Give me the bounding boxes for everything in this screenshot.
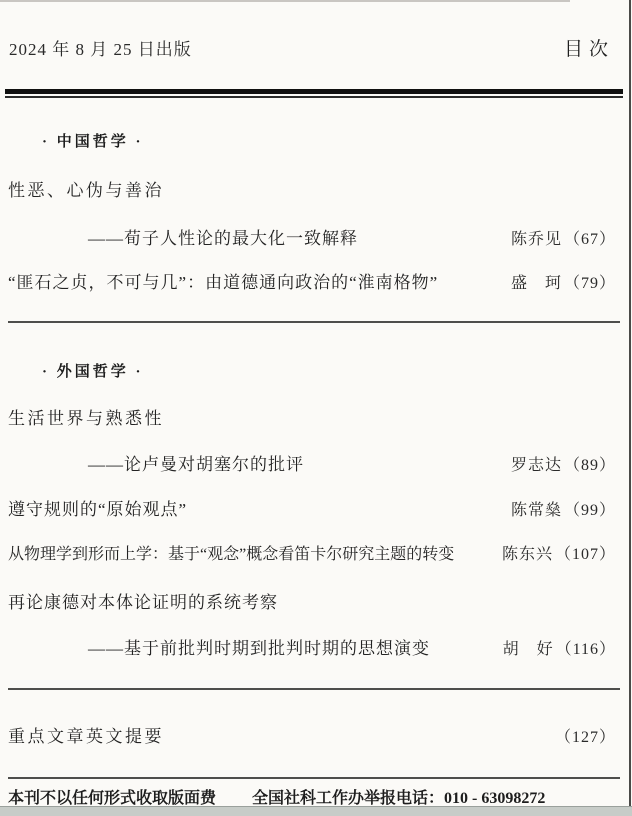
article-title: 从物理学到形而上学：基于“观念”概念看笛卡尔研究主题的转变: [8, 541, 454, 564]
footer-no-fee-notice: 本刊不以任何形式收取版面费: [8, 785, 216, 808]
header: 2024 年 8 月 25 日出版 目次: [9, 34, 614, 61]
article-pageno: （89）: [564, 457, 616, 474]
article-row: 生活世界与熟悉性: [8, 404, 616, 429]
abstracts-title: 重点文章英文提要: [8, 722, 164, 747]
abstracts-row: 重点文章英文提要 （127）: [8, 722, 616, 747]
article-author: 陈东兴: [502, 546, 553, 563]
abstracts-pageno: （127）: [555, 724, 616, 747]
abstracts-divider-rule: [8, 688, 620, 690]
article-row: 遵守规则的“原始观点” 陈常燊（99）: [8, 495, 616, 520]
article-subtitle: ——基于前批判时期到批判时期的思想演变: [8, 634, 430, 659]
page-right-edge: [629, 0, 631, 816]
article-author-page: 陈乔见（67）: [511, 226, 616, 249]
article-author-page: 陈东兴（107）: [502, 541, 616, 564]
toc-title: 目次: [564, 34, 614, 61]
article-row: ——荀子人性论的最大化一致解释 陈乔见（67）: [8, 224, 616, 249]
article-row: 再论康德对本体论证明的系统考察: [8, 588, 616, 613]
page-bottom-edge: [0, 806, 632, 816]
article-pageno: （116）: [556, 641, 616, 658]
article-row: 性恶、心伪与善治: [8, 176, 616, 201]
article-title: 生活世界与熟悉性: [8, 404, 164, 429]
section-divider-rule: [8, 321, 620, 323]
article-author-page: 胡 好（116）: [503, 636, 616, 659]
article-title: 再论康德对本体论证明的系统考察: [8, 588, 278, 613]
article-pageno: （99）: [564, 502, 616, 519]
article-row: 从物理学到形而上学：基于“观念”概念看笛卡尔研究主题的转变 陈东兴（107）: [8, 541, 616, 564]
article-pageno: （107）: [555, 546, 616, 563]
article-author: 罗志达: [511, 457, 562, 474]
footer-divider-rule: [8, 777, 620, 779]
article-title: 性恶、心伪与善治: [8, 176, 164, 201]
publication-date: 2024 年 8 月 25 日出版: [9, 35, 192, 60]
section-label-chinese-philosophy: · 中国哲学 ·: [42, 130, 144, 151]
article-subtitle: ——荀子人性论的最大化一致解释: [8, 224, 358, 249]
article-pageno: （79）: [564, 275, 616, 292]
article-author-page: 盛 珂（79）: [511, 270, 616, 293]
article-author-page: 陈常燊（99）: [511, 497, 616, 520]
article-author: 陈乔见: [511, 231, 562, 248]
article-author: 陈常燊: [511, 502, 562, 519]
article-subtitle: ——论卢曼对胡塞尔的批评: [8, 450, 304, 475]
footer-report-hotline: 全国社科工作办举报电话：010 - 63098272: [252, 785, 545, 808]
article-author: 盛 珂: [511, 275, 562, 292]
article-title: “匪石之贞，不可与几”：由道德通向政治的“淮南格物”: [8, 268, 438, 293]
article-row: “匪石之贞，不可与几”：由道德通向政治的“淮南格物” 盛 珂（79）: [8, 268, 616, 293]
article-pageno: （67）: [564, 231, 616, 248]
page-top-edge: [0, 0, 570, 2]
section-label-foreign-philosophy: · 外国哲学 ·: [42, 360, 144, 381]
article-title: 遵守规则的“原始观点”: [8, 495, 187, 520]
article-row: ——论卢曼对胡塞尔的批评 罗志达（89）: [8, 450, 616, 475]
footer: 本刊不以任何形式收取版面费 全国社科工作办举报电话：010 - 63098272: [8, 785, 616, 808]
article-row: ——基于前批判时期到批判时期的思想演变 胡 好（116）: [8, 634, 616, 659]
article-author-page: 罗志达（89）: [511, 452, 616, 475]
article-author: 胡 好: [503, 641, 554, 658]
journal-toc-page: 2024 年 8 月 25 日出版 目次 · 中国哲学 · 性恶、心伪与善治 —…: [0, 0, 632, 816]
header-double-rule: [5, 89, 623, 98]
